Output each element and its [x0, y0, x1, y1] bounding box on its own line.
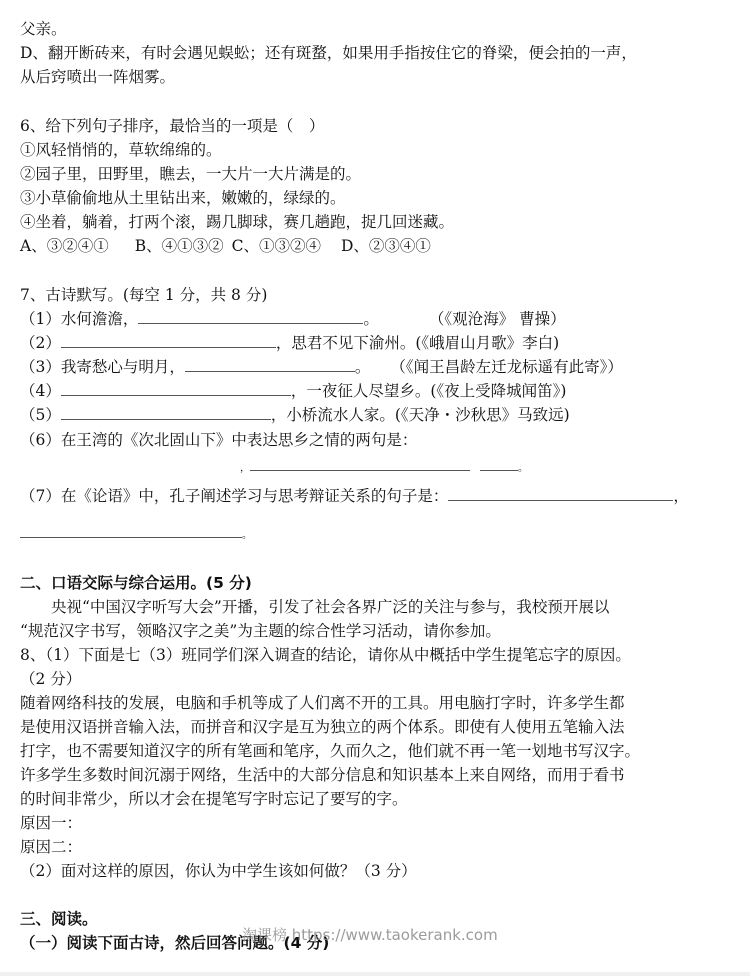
- q7-item-5: （5），小桥流水人家。(《天净・沙秋思》马致远): [20, 404, 570, 426]
- q7-item-5-label: （5）: [20, 406, 61, 424]
- q7-item-1-blank[interactable]: [138, 309, 363, 324]
- q7-item-4-blank[interactable]: [61, 381, 291, 396]
- q6-stem: 6、给下列句子排序，最恰当的一项是（ ）: [20, 115, 324, 137]
- q6-option-c: C、①③②④: [232, 237, 321, 255]
- q7-item-7-blank-1[interactable]: [448, 486, 673, 501]
- q7-item-6-blank-2[interactable]: [480, 456, 518, 471]
- q6-options: A、③②④①B、④①③②C、①③②④D、②③④①: [20, 235, 431, 257]
- q6-sentence-4: ④坐着，躺着，打两个滚，踢几脚球，赛几趟跑，捉几回迷藏。: [20, 211, 454, 233]
- q7-item-7-end: 。: [242, 530, 252, 541]
- page-bottom-edge: [0, 972, 750, 976]
- q7-item-3: （3）我寄愁心与明月，。（《闻王昌龄左迁龙标遥有此寄》）: [20, 356, 623, 378]
- q7-item-2-blank[interactable]: [61, 333, 276, 348]
- q8-passage-line-2: 是使用汉语拼音输入法，而拼音和汉字是互为独立的两个体系。即使有人使用五笔输入法: [20, 716, 625, 738]
- section-3-title: 三、阅读。: [20, 908, 98, 930]
- q7-item-7-cont: 。: [20, 522, 252, 547]
- q7-item-4-text: ，一夜征人尽望乡。(《夜上受降城闻笛》): [291, 382, 567, 400]
- q7-item-1-end: 。: [363, 310, 379, 328]
- q7-item-7-prompt: （7）在《论语》中，孔子阐述学习与思考辩证关系的句子是：: [20, 487, 448, 505]
- prev-option-d-line2: 从后窍喷出一阵烟雾。: [20, 66, 175, 88]
- q7-item-4-label: （4）: [20, 382, 61, 400]
- q7-stem: 7、古诗默写。(每空 1 分，共 8 分): [20, 284, 267, 306]
- q7-item-1-prompt: （1）水何澹澹，: [20, 310, 138, 328]
- q6-sentence-3: ③小草偷偷地从土里钻出来，嫩嫩的，绿绿的。: [20, 187, 346, 209]
- q6-option-b: B、④①③②: [135, 237, 224, 255]
- exam-page: 父亲。 D、翻开断砖来，有时会遇见蜈蚣；还有斑蝥，如果用手指按住它的脊梁，便会拍…: [0, 0, 750, 976]
- q7-item-1: （1）水何澹澹，。（《观沧海》 曹操）: [20, 308, 566, 330]
- section-2-intro-1: 央视“中国汉字听写大会”开播，引发了社会各界广泛的关注与参与，我校预开展以: [20, 596, 609, 618]
- prev-option-tail: 父亲。: [20, 18, 67, 40]
- q7-item-6-comma: ，: [240, 463, 250, 474]
- prev-option-d-line1: D、翻开断砖来，有时会遇见蜈蚣；还有斑蝥，如果用手指按住它的脊梁，便会拍的一声，: [20, 42, 637, 64]
- q6-sentence-1: ①风轻悄悄的，草软绵绵的。: [20, 139, 222, 161]
- section-2-intro-2: “规范汉字书写，领略汉字之美”为主题的综合性学习活动，请你参加。: [20, 620, 501, 642]
- q8-reason-1: 原因一：: [20, 812, 82, 834]
- q8-passage-line-4: 许多学生多数时间沉溺于网络，生活中的大部分信息和知识基本上来自网络，而用于看书: [20, 764, 625, 786]
- q7-item-6-blank-1[interactable]: [250, 456, 470, 471]
- q7-item-3-end: 。: [355, 358, 371, 376]
- q7-item-5-text: ，小桥流水人家。(《天净・沙秋思》马致远): [271, 406, 570, 424]
- q7-item-7-comma: ，: [673, 487, 689, 505]
- q8-part-2: （2）面对这样的原因，你认为中学生该如何做？（3 分）: [20, 860, 417, 882]
- q8-part-1-score: （2 分）: [20, 668, 81, 690]
- q7-item-6-answer: ，。: [240, 455, 528, 480]
- q8-passage-line-1: 随着网络科技的发展，电脑和手机等成了人们离不开的工具。用电脑打字时，许多学生都: [20, 692, 625, 714]
- q7-item-7-blank-2[interactable]: [20, 523, 242, 538]
- q7-item-3-prompt: （3）我寄愁心与明月，: [20, 358, 185, 376]
- q8-part-1-stem: 8、（1）下面是七（3）班同学们深入调查的结论，请你从中概括中学生提笔忘字的原因…: [20, 644, 631, 666]
- q7-item-4: （4），一夜征人尽望乡。(《夜上受降城闻笛》): [20, 380, 566, 402]
- q7-item-6: （6）在王湾的《次北固山下》中表达思乡之情的两句是：: [20, 429, 417, 451]
- q7-item-6-end: 。: [518, 463, 528, 474]
- watermark: 淘课榜 https://www.taokerank.com: [242, 924, 498, 945]
- q7-item-3-source: （《闻王昌龄左迁龙标遥有此寄》）: [390, 358, 623, 376]
- q7-item-2-label: （2）: [20, 334, 61, 352]
- q6-sentence-2: ②园子里，田野里，瞧去，一大片一大片满是的。: [20, 163, 361, 185]
- q8-reason-2: 原因二：: [20, 836, 82, 858]
- q8-passage-line-3: 打字，也不需要知道汉字的所有笔画和笔序，久而久之，他们就不再一笔一划地书写汉字。: [20, 740, 640, 762]
- q6-option-a: A、③②④①: [20, 237, 109, 255]
- q7-item-5-blank[interactable]: [61, 405, 271, 420]
- q7-item-1-source: （《观沧海》 曹操）: [429, 310, 566, 328]
- q7-item-3-blank[interactable]: [185, 357, 355, 372]
- q7-item-7: （7）在《论语》中，孔子阐述学习与思考辩证关系的句子是：，: [20, 485, 689, 507]
- q7-item-2-text: ，思君不见下渝州。(《峨眉山月歌》李白): [276, 334, 559, 352]
- q8-passage-line-5: 的时间非常少，所以才会在提笔写字时忘记了要写的字。: [20, 788, 408, 810]
- q6-option-d: D、②③④①: [341, 237, 431, 255]
- q7-item-2: （2），思君不见下渝州。(《峨眉山月歌》李白): [20, 332, 559, 354]
- section-2-title: 二、口语交际与综合运用。(5 分): [20, 572, 252, 594]
